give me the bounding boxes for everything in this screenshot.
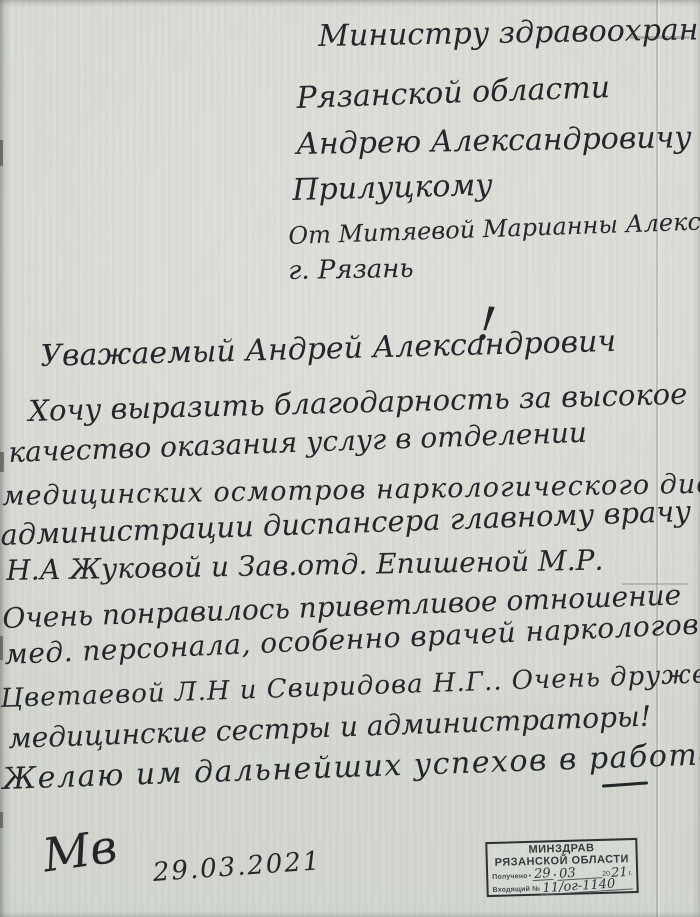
stamp-separator: • <box>554 871 557 880</box>
scan-edge-speck <box>0 812 3 828</box>
salutation-line: Уважаемый Андрей Александрович <box>40 327 616 372</box>
scanned-letter-page: Министру здравоохранения Рязанской облас… <box>0 0 700 917</box>
body-line: Хочу выразить благодарность за высокое <box>28 380 688 426</box>
header-line-region: Рязанской области <box>296 73 610 114</box>
header-line-city: г. Рязань <box>288 256 414 284</box>
scan-edge-speck <box>0 140 3 166</box>
scan-edge-speck <box>0 452 4 472</box>
pen-flourish-dash <box>602 781 648 787</box>
body-line: Н.А Жуковой и Зав.отд. Епишеной М.Р. <box>6 547 604 585</box>
stamp-separator: • <box>529 872 532 881</box>
stamp-received-label: Получено <box>492 872 528 882</box>
stamp-received-day: 29 <box>532 868 553 881</box>
signature: Мв <box>40 823 120 879</box>
header-line-last-name: Прилуцкому <box>292 171 493 206</box>
header-line-sender: От Митяевой Марианны Александровны <box>288 205 700 248</box>
header-line-ministry: Министру здравоохранения <box>318 14 700 52</box>
stamp-incoming-row: Входящий № 11/ог-1140 <box>492 879 632 895</box>
letter-date: 29.03.2021 <box>152 848 322 886</box>
incoming-registry-stamp: МИНЗДРАВ РЯЗАНСКОЙ ОБЛАСТИ Получено • 29… <box>485 838 638 897</box>
stamp-incoming-label: Входящий № <box>492 885 540 895</box>
stamp-incoming-number: 11/ог-1140 <box>540 877 633 895</box>
header-line-first-name: Андрею Александровичу <box>296 123 692 160</box>
scan-edge-speck <box>0 636 3 660</box>
